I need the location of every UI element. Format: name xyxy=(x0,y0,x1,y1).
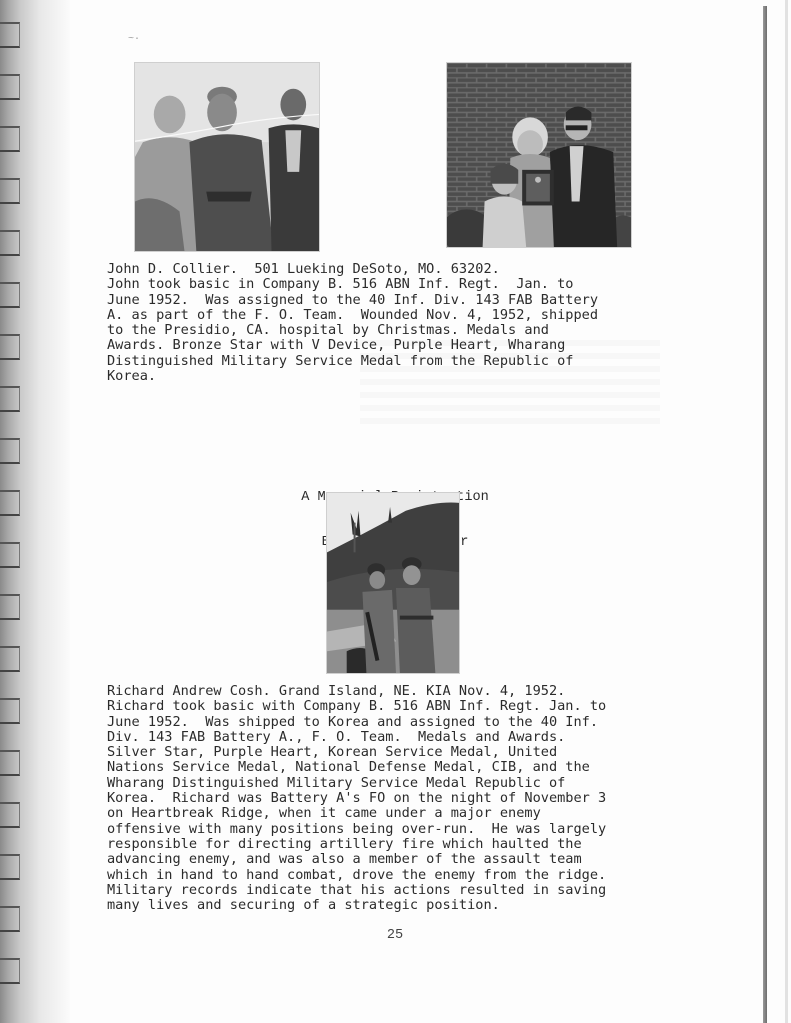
photo-two-soldiers xyxy=(326,492,460,674)
cosh-biography: Richard Andrew Cosh. Grand Island, NE. K… xyxy=(107,684,606,913)
binding-comb-mark xyxy=(0,22,20,48)
binding-comb-mark xyxy=(0,230,20,256)
page-edge-line xyxy=(763,6,767,1023)
photo-collier-group-image xyxy=(135,63,319,251)
cosh-bio-line: advancing enemy, and was also a member o… xyxy=(107,851,582,867)
cosh-bio-line: Div. 143 FAB Battery A., F. O. Team. Med… xyxy=(107,729,565,745)
cosh-bio-line: responsible for directing artillery fire… xyxy=(107,836,582,852)
binding-comb-mark xyxy=(0,698,20,724)
binding-comb-mark xyxy=(0,386,20,412)
cosh-bio-line: on Heartbreak Ridge, when it came under … xyxy=(107,805,541,821)
binding-comb-mark xyxy=(0,802,20,828)
binding-comb-mark xyxy=(0,750,20,776)
binding-comb-mark xyxy=(0,854,20,880)
binding-comb-mark xyxy=(0,126,20,152)
collier-bio-line: John took basic in Company B. 516 ABN In… xyxy=(107,276,574,292)
photo-plaque-presentation xyxy=(446,62,632,248)
binding-comb-mark xyxy=(0,334,20,360)
cosh-bio-line: offensive with many positions being over… xyxy=(107,821,606,837)
binding-comb-mark xyxy=(0,74,20,100)
photo-two-soldiers-image xyxy=(327,493,459,673)
collier-bio-line: to the Presidio, CA. hospital by Christm… xyxy=(107,322,549,338)
binding-comb-mark xyxy=(0,542,20,568)
cosh-bio-line: Richard Andrew Cosh. Grand Island, NE. K… xyxy=(107,683,565,699)
photo-collier-group xyxy=(134,62,320,252)
collier-bio-line: Korea. xyxy=(107,368,156,384)
collier-bio-line: Distinguished Military Service Medal fro… xyxy=(107,353,574,369)
binding-comb-mark xyxy=(0,594,20,620)
binding-comb-mark xyxy=(0,178,20,204)
cosh-bio-line: many lives and securing of a strategic p… xyxy=(107,897,500,913)
cosh-bio-line: Military records indicate that his actio… xyxy=(107,882,606,898)
page-binding-shadow xyxy=(0,0,70,1023)
cosh-bio-line: Silver Star, Purple Heart, Korean Servic… xyxy=(107,744,557,760)
binding-comb-mark xyxy=(0,958,20,984)
cosh-bio-line: Wharang Distinguished Military Service M… xyxy=(107,775,565,791)
binding-comb-mark xyxy=(0,906,20,932)
page-number: 25 xyxy=(380,928,410,943)
collier-bio-line: June 1952. Was assigned to the 40 Inf. D… xyxy=(107,292,598,308)
photo-plaque-presentation-image xyxy=(447,63,631,247)
cosh-bio-line: Richard took basic with Company B. 516 A… xyxy=(107,698,606,714)
collier-bio-line: Awards. Bronze Star with V Device, Purpl… xyxy=(107,337,565,353)
cosh-bio-line: which in hand to hand combat, drove the … xyxy=(107,867,606,883)
binding-comb-mark xyxy=(0,282,20,308)
collier-bio-line: John D. Collier. 501 Lueking DeSoto, MO.… xyxy=(107,261,500,277)
cosh-bio-line: Korea. Richard was Battery A's FO on the… xyxy=(107,790,606,806)
binding-comb-mark xyxy=(0,646,20,672)
binding-comb-mark xyxy=(0,438,20,464)
page-edge-line-outer xyxy=(785,0,788,1023)
collier-biography: John D. Collier. 501 Lueking DeSoto, MO.… xyxy=(107,262,598,384)
scan-smudge: ~· xyxy=(128,34,140,45)
cosh-bio-line: June 1952. Was shipped to Korea and assi… xyxy=(107,714,598,730)
cosh-bio-line: Nations Service Medal, National Defense … xyxy=(107,759,590,775)
collier-bio-line: A. as part of the F. O. Team. Wounded No… xyxy=(107,307,598,323)
binding-comb-mark xyxy=(0,490,20,516)
